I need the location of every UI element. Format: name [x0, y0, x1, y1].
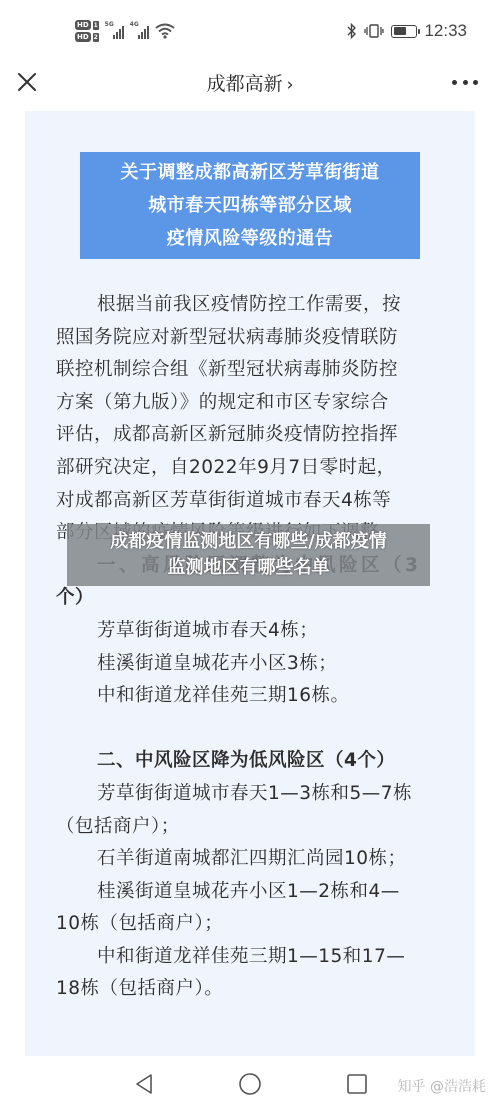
sim-number: 1 [93, 21, 99, 30]
sim2-indicator: HD 2 [75, 32, 99, 42]
account-name[interactable]: 成都高新 [207, 73, 283, 95]
hd-badge: HD [75, 20, 91, 30]
clock: 12:33 [424, 21, 467, 41]
body-line: 部研究决定，自2022年9月7日零时起， [56, 452, 446, 485]
body-line: 根据当前我区疫情防控工作需要，按 [56, 289, 446, 322]
hd-badge: HD [75, 32, 91, 42]
list-item: 桂溪街道皇城花卉小区1—2栋和4— [56, 876, 446, 909]
status-left: HD 1 HD 2 5G 4G [75, 16, 175, 46]
body-line: 方案（第九版）》的规定和市区专家综合 [56, 387, 446, 420]
body-line: 评估，成都高新区新冠肺炎疫情防控指挥 [56, 419, 446, 452]
watermark: 知乎 @浩浩耗 [398, 1076, 486, 1096]
system-navigation-bar: 知乎 @浩浩耗 [0, 1056, 500, 1111]
list-item: 芳草街街道城市春天4栋； [56, 615, 446, 648]
caption-line: 监测地区有哪些名单 [67, 555, 430, 581]
recents-square-icon[interactable] [345, 1072, 369, 1096]
list-item-cont: 10栋（包括商户）； [56, 908, 446, 941]
notice-title-banner: 关于调整成都高新区芳草街街道 城市春天四栋等部分区域 疫情风险等级的通告 [80, 152, 420, 259]
sim-indicators: HD 1 HD 2 [75, 20, 99, 42]
chevron-right-icon: › [287, 75, 294, 95]
section1-heading-cont: 个） [56, 582, 446, 615]
list-item: 中和街道龙祥佳苑三期1—15和17— [56, 941, 446, 974]
top-nav-bar: 成都高新› [0, 60, 500, 105]
bluetooth-icon [347, 23, 357, 39]
back-triangle-icon[interactable] [132, 1072, 156, 1096]
vibrate-icon [364, 23, 384, 39]
notice-body: 根据当前我区疫情防控工作需要，按 照国务院应对新型冠状病毒肺炎疫情联防 联控机制… [56, 289, 446, 1006]
status-bar: HD 1 HD 2 5G 4G [0, 0, 500, 60]
banner-line: 城市春天四栋等部分区域 [148, 189, 352, 222]
network-type-label: 4G [130, 21, 139, 28]
body-line: 照国务院应对新型冠状病毒肺炎疫情联防 [56, 322, 446, 355]
list-item: 石羊街道南城都汇四期汇尚园10栋； [56, 843, 446, 876]
section2-heading: 二、中风险区降为低风险区（4个） [56, 745, 446, 778]
page-title[interactable]: 成都高新› [0, 69, 500, 96]
signal-4g-icon: 4G [130, 23, 149, 39]
body-line: 联控机制综合组《新型冠状病毒肺炎防控 [56, 354, 446, 387]
list-item-cont: 18栋（包括商户）。 [56, 973, 446, 1006]
more-icon[interactable] [452, 72, 478, 92]
network-type-label: 5G [105, 21, 114, 28]
list-item-cont: （包括商户）； [56, 811, 446, 844]
list-item: 芳草街街道城市春天1—3栋和5—7栋 [56, 778, 446, 811]
sim1-indicator: HD 1 [75, 20, 99, 30]
banner-line: 关于调整成都高新区芳草街街道 [121, 156, 380, 189]
caption-overlay: 成都疫情监测地区有哪些/成都疫情 监测地区有哪些名单 [67, 524, 430, 586]
status-right: 12:33 [347, 16, 467, 46]
list-item: 桂溪街道皇城花卉小区3栋； [56, 648, 446, 681]
wifi-icon [155, 23, 175, 39]
sim-number: 2 [93, 33, 99, 42]
signal-5g-icon: 5G [105, 23, 124, 39]
banner-line: 疫情风险等级的通告 [167, 222, 334, 255]
caption-line: 成都疫情监测地区有哪些/成都疫情 [67, 529, 430, 555]
list-item: 中和街道龙祥佳苑三期16栋。 [56, 680, 446, 713]
battery-icon [391, 25, 417, 38]
home-circle-icon[interactable] [238, 1072, 262, 1096]
body-line: 对成都高新区芳草街街道城市春天4栋等 [56, 485, 446, 518]
